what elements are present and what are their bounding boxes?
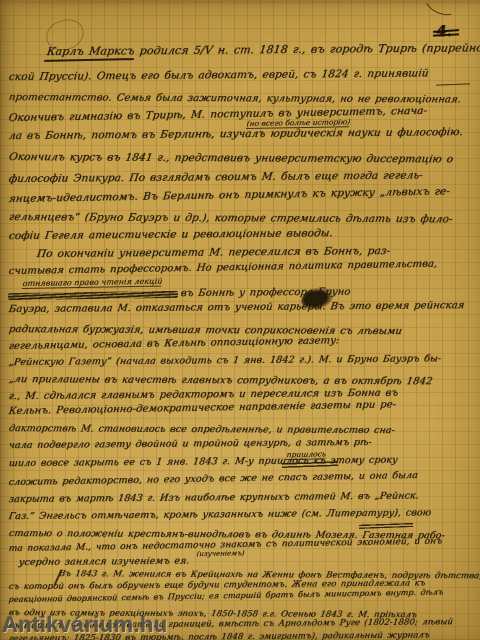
manuscript-line: ской Пруссіи). Отецъ его былъ адвокатъ, …	[8, 67, 429, 83]
crossed-out-passage	[8, 291, 178, 300]
word-underline	[436, 83, 470, 86]
manuscript-line: шило вовсе закрыть ее съ 1 янв. 1843 г. …	[8, 455, 398, 469]
interlinear-insertion: (но всего болѣе исторію)	[246, 117, 351, 129]
manuscript-line: Карлъ Марксъ родился 5/V н. ст. 1818 г.,…	[46, 41, 480, 58]
title-underline	[44, 58, 134, 62]
manuscript-line: софіи Гегеля атеистическіе и революціонн…	[8, 227, 334, 242]
interlinear-insertion: пришлось	[286, 449, 326, 460]
manuscript-line: По окончаніи университета М. переселился…	[36, 245, 391, 260]
manuscript-line: усердно занялся изученіемъ ея.	[18, 556, 190, 568]
interlinear-insertion: отнявшаго право чтенія лекцій	[22, 277, 163, 289]
manuscript-photo: { "page": { "watermark": "Antikvárium.hu…	[0, 0, 480, 640]
crossed-out-word	[282, 460, 338, 468]
manuscript-line: ла въ Боннѣ, потомъ въ Берлинѣ, изучалъ …	[8, 126, 464, 142]
manuscript-line: сложить редакторство, но его уходъ все ж…	[8, 470, 418, 488]
manuscript-line: считывая стать профессоромъ. Но реакціон…	[8, 259, 438, 277]
manuscript-line: закрыта въ мартѣ 1843 г. Изъ наиболѣе кр…	[8, 490, 419, 505]
watermark: Antikvárium.hu	[2, 612, 168, 638]
double-underline-literature	[359, 522, 413, 529]
pen-flourish-top-right	[421, 0, 464, 20]
manuscript-line: Бауэра, заставила М. отказаться отъ учен…	[8, 300, 465, 315]
manuscript-line: протестантство. Семья была зажиточная, к…	[8, 92, 462, 105]
manuscript-line: гельянцевъ“ (Бруно Бауэръ и др.), которы…	[8, 211, 453, 225]
manuscript-line: Газ.“ Энгельсъ отмѣчаетъ, кромѣ указанны…	[8, 507, 432, 522]
manuscript-line: Кельнъ. Революціонно-демократическое нап…	[8, 399, 397, 417]
manuscript-line: дакторствѣ М. становилось все опредѣленн…	[8, 423, 396, 436]
manuscript-line: гегельянцами, основала въ Кельнѣ оппозиц…	[8, 335, 340, 352]
manuscript-line: „ли приглашены въ качествѣ главныхъ сотр…	[8, 374, 433, 387]
manuscript-page: Карлъ Марксъ родился 5/V н. ст. 1818 г.,…	[0, 0, 480, 640]
manuscript-line: философіи Эпикура. По взглядамъ своимъ М…	[8, 169, 424, 185]
manuscript-line: янцемъ-идеалистомъ. Въ Берлинѣ онъ примк…	[8, 185, 450, 205]
manuscript-line: радикальная буржуазія, имѣвшая точки соп…	[8, 324, 403, 337]
manuscript-line: „Рейнскую Газету“ (начала выходить съ 1 …	[8, 353, 442, 368]
interlinear-insertion: (изученіемъ)	[196, 549, 245, 558]
manuscript-line: Окончилъ курсъ въ 1841 г., представивъ у…	[8, 151, 454, 165]
manuscript-line: Окончивъ гимназію въ Трирѣ, М. поступилъ…	[8, 105, 428, 124]
